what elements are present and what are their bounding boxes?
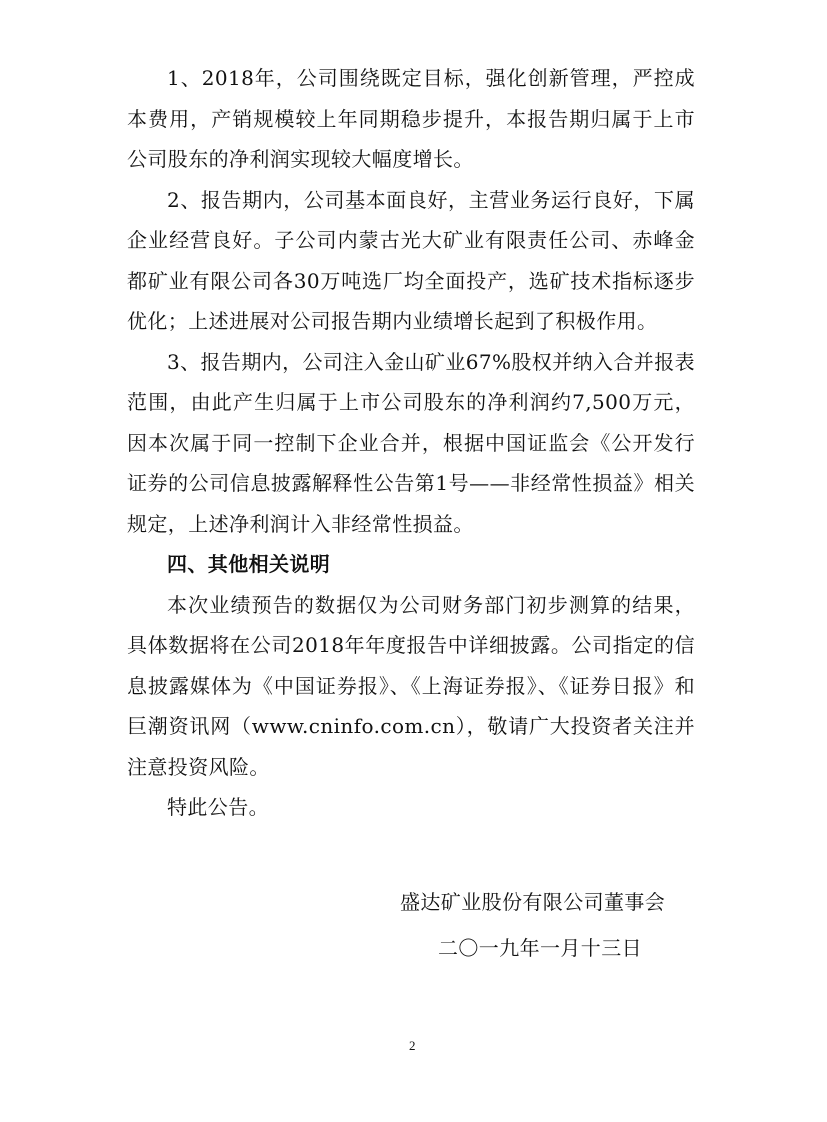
paragraph-item-3: 3、报告期内，公司注入金山矿业67%股权并纳入合并报表范围，由此产生归属于上市公… xyxy=(127,342,695,545)
document-body: 1、2018年，公司围绕既定目标，强化创新管理，严控成本费用，产销规模较上年同期… xyxy=(127,58,695,828)
signature: 盛达矿业股份有限公司董事会 xyxy=(400,887,665,917)
section-heading: 四、其他相关说明 xyxy=(127,544,695,585)
document-page: 1、2018年，公司围绕既定目标，强化创新管理，严控成本费用，产销规模较上年同期… xyxy=(0,0,827,1122)
section-paragraph: 本次业绩预告的数据仅为公司财务部门初步测算的结果，具体数据将在公司2018年年度… xyxy=(127,585,695,788)
paragraph-item-2: 2、报告期内，公司基本面良好，主营业务运行良好，下属企业经营良好。子公司内蒙古光… xyxy=(127,180,695,342)
closing-statement: 特此公告。 xyxy=(127,787,695,828)
page-number: 2 xyxy=(409,1038,416,1054)
paragraph-item-1: 1、2018年，公司围绕既定目标，强化创新管理，严控成本费用，产销规模较上年同期… xyxy=(127,58,695,180)
document-date: 二〇一九年一月十三日 xyxy=(438,933,642,963)
